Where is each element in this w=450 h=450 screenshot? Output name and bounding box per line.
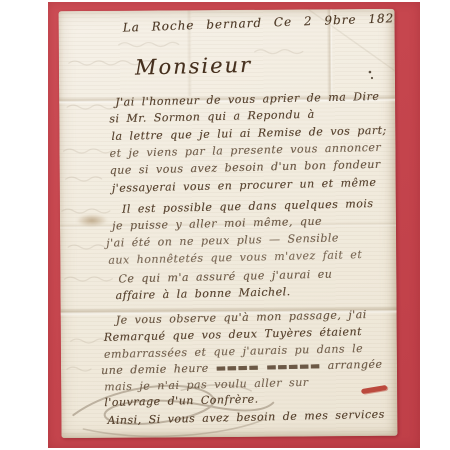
letter-line: Ainsi, Si vous avez besoin de mes servic…	[107, 408, 385, 427]
letter-line: aux honnêtetés que vous m'avez fait et	[108, 248, 362, 267]
letter-line: J'ai l'honneur de vous aprier de ma Dire	[115, 90, 379, 109]
letter-line: j'ai été on ne peux plus — Sensible	[106, 231, 339, 249]
letter-line: mais je n'ai pas voulu aller sur	[104, 376, 309, 394]
letter-line: une demie heure ▬▬▬▬ ▬▬▬▬▬ arrangée	[101, 358, 383, 377]
letter-line: Remarqué que vos deux Tuyères étaient	[104, 325, 362, 344]
letter-line: je puisse y aller moi même, que	[112, 215, 322, 233]
letter-line: Il est possible que dans quelques mois	[122, 197, 374, 216]
letter-line: la lettre que je lui ai Remise de vos pa…	[111, 124, 387, 143]
letter-line: j'essayerai vous en procurer un et même	[112, 176, 377, 195]
red-background-mat: La Roche bernard Ce 2 9bre 1828 Monsieur…	[48, 2, 420, 448]
letter-line: Ce qui m'a assuré que j'aurai eu	[118, 268, 332, 286]
letter-line: que si vous avez besoin d'un bon fondeur	[109, 158, 380, 177]
letter-line: Je vous observe qu'à mon passage, j'ai	[116, 308, 367, 327]
letter-line: si Mr. Sormon qui a Repondu à	[109, 108, 315, 126]
letter-paper: La Roche bernard Ce 2 9bre 1828 Monsieur…	[59, 9, 398, 438]
letter-line: l'ouvrage d'un Confrère.	[104, 393, 259, 409]
letter-line: et je viens par la presente vous annonce…	[109, 141, 381, 160]
letter-body: J'ai l'honneur de vous aprier de ma Dire…	[59, 9, 398, 438]
letter-line: affaire à la bonne Maichel.	[115, 285, 290, 302]
